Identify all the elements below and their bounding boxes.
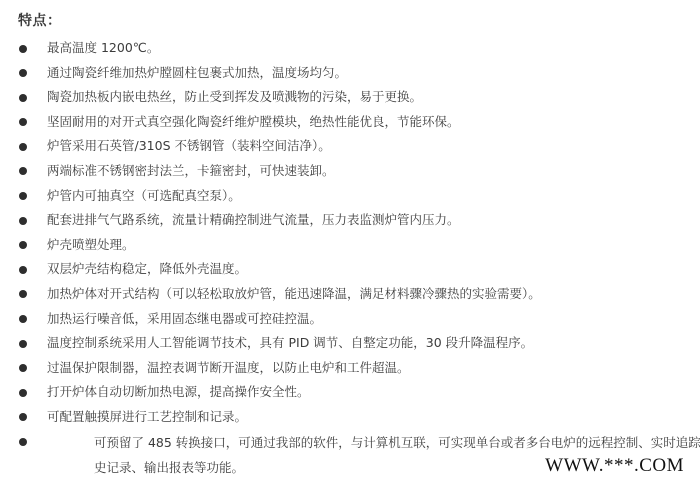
feature-item: 配套进排气气路系统，流量计精确控制进气流量，压力表监测炉管内压力。 bbox=[0, 208, 700, 233]
bullet-icon bbox=[19, 315, 27, 323]
feature-text: 温度控制系统采用人工智能调节技术，具有 PID 调节、自整定功能，30 段升降温… bbox=[47, 331, 533, 356]
feature-text: 最高温度 1200℃。 bbox=[47, 36, 159, 61]
bullet-icon bbox=[19, 94, 27, 102]
bullet-icon bbox=[19, 266, 27, 274]
feature-item: 温度控制系统采用人工智能调节技术，具有 PID 调节、自整定功能，30 段升降温… bbox=[0, 331, 700, 356]
feature-text: 双层炉壳结构稳定，降低外壳温度。 bbox=[47, 257, 247, 282]
bullet-icon bbox=[19, 217, 27, 225]
feature-text: 可配置触摸屏进行工艺控制和记录。 bbox=[47, 405, 247, 430]
feature-text: 两端标准不锈钢密封法兰，卡箍密封，可快速装卸。 bbox=[47, 159, 335, 184]
feature-item: 可配置触摸屏进行工艺控制和记录。 bbox=[0, 405, 700, 430]
feature-text: 炉管内可抽真空（可选配真空泵）。 bbox=[47, 184, 241, 209]
bullet-icon bbox=[19, 69, 27, 77]
feature-item: 最高温度 1200℃。 bbox=[0, 36, 700, 61]
feature-item: 陶瓷加热板内嵌电热丝，防止受到挥发及喷溅物的污染，易于更换。 bbox=[0, 85, 700, 110]
bullet-icon bbox=[19, 167, 27, 175]
bullet-icon bbox=[19, 413, 27, 421]
feature-text: 炉管采用石英管/310S 不锈钢管（装料空间洁净）。 bbox=[47, 134, 331, 159]
bullet-icon bbox=[19, 241, 27, 249]
feature-text: 打开炉体自动切断加热电源，提高操作安全性。 bbox=[47, 380, 310, 405]
feature-item: 炉管采用石英管/310S 不锈钢管（装料空间洁净）。 bbox=[0, 134, 700, 159]
bullet-icon bbox=[19, 45, 27, 53]
feature-text: 过温保护限制器，温控表调节断开温度，以防止电炉和工件超温。 bbox=[47, 356, 410, 381]
feature-item: 坚固耐用的对开式真空强化陶瓷纤维炉膛模块，绝热性能优良，节能环保。 bbox=[0, 110, 700, 135]
feature-list: 最高温度 1200℃。 通过陶瓷纤维加热炉膛圆柱包裹式加热，温度场均匀。 陶瓷加… bbox=[0, 36, 700, 480]
feature-text: 配套进排气气路系统，流量计精确控制进气流量，压力表监测炉管内压力。 bbox=[47, 208, 460, 233]
feature-item: 通过陶瓷纤维加热炉膛圆柱包裹式加热，温度场均匀。 bbox=[0, 61, 700, 86]
feature-text: 炉壳喷塑处理。 bbox=[47, 233, 135, 258]
bullet-icon bbox=[19, 192, 27, 200]
bullet-icon bbox=[19, 438, 27, 446]
bullet-icon bbox=[19, 389, 27, 397]
bullet-icon bbox=[19, 118, 27, 126]
feature-item: 打开炉体自动切断加热电源，提高操作安全性。 bbox=[0, 380, 700, 405]
feature-text: 陶瓷加热板内嵌电热丝，防止受到挥发及喷溅物的污染，易于更换。 bbox=[47, 85, 422, 110]
features-heading: 特点： bbox=[18, 10, 62, 30]
watermark: WWW.***.COM bbox=[545, 455, 684, 477]
bullet-icon bbox=[19, 364, 27, 372]
bullet-icon bbox=[19, 290, 27, 298]
bullet-icon bbox=[19, 143, 27, 151]
feature-item: 两端标准不锈钢密封法兰，卡箍密封，可快速装卸。 bbox=[0, 159, 700, 184]
feature-text: 通过陶瓷纤维加热炉膛圆柱包裹式加热，温度场均匀。 bbox=[47, 61, 347, 86]
feature-item: 加热炉体对开式结构（可以轻松取放炉管，能迅速降温，满足材料骤冷骤热的实验需要）。 bbox=[0, 282, 700, 307]
feature-item: 过温保护限制器，温控表调节断开温度，以防止电炉和工件超温。 bbox=[0, 356, 700, 381]
feature-item: 加热运行噪音低，采用固态继电器或可控硅控温。 bbox=[0, 307, 700, 332]
feature-text: 坚固耐用的对开式真空强化陶瓷纤维炉膛模块，绝热性能优良，节能环保。 bbox=[47, 110, 460, 135]
feature-text: 加热运行噪音低，采用固态继电器或可控硅控温。 bbox=[47, 307, 322, 332]
feature-item: 炉管内可抽真空（可选配真空泵）。 bbox=[0, 184, 700, 209]
feature-item: 双层炉壳结构稳定，降低外壳温度。 bbox=[0, 257, 700, 282]
feature-item: 炉壳喷塑处理。 bbox=[0, 233, 700, 258]
bullet-icon bbox=[19, 340, 27, 348]
feature-text: 加热炉体对开式结构（可以轻松取放炉管，能迅速降温，满足材料骤冷骤热的实验需要）。 bbox=[47, 282, 541, 307]
